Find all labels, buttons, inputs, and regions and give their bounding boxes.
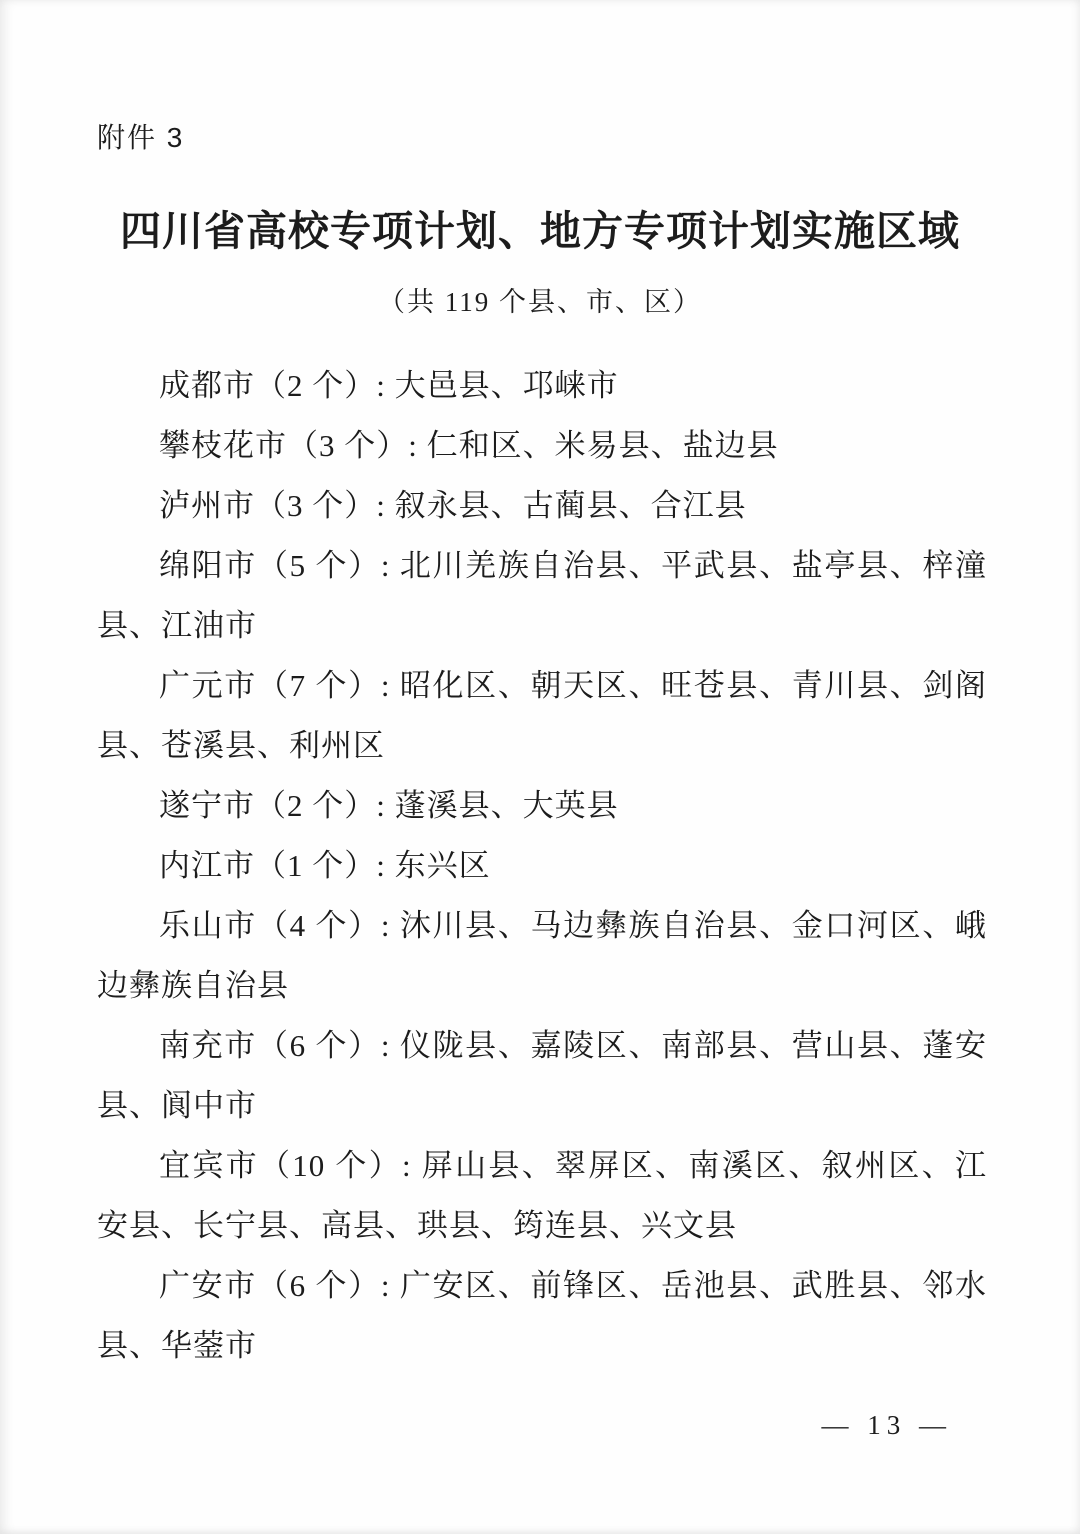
region-city: 内江市 [159, 848, 255, 883]
region-count: （1 个）: [255, 848, 395, 883]
region-city: 绵阳市 [159, 548, 257, 583]
region-count: （3 个）: [255, 488, 395, 523]
region-list: 成都市（2 个）: 大邑县、邛崃市 攀枝花市（3 个）: 仁和区、米易县、盐边县… [97, 356, 987, 1376]
region-paragraph: 成都市（2 个）: 大邑县、邛崃市 [97, 356, 987, 416]
region-city: 成都市 [159, 368, 255, 403]
region-paragraph: 泸州市（3 个）: 叙永县、古蔺县、合江县 [97, 476, 987, 536]
region-city: 攀枝花市 [159, 428, 287, 463]
region-city: 遂宁市 [159, 788, 255, 823]
doc-title: 四川省高校专项计划、地方专项计划实施区域 [0, 198, 1080, 257]
region-paragraph: 遂宁市（2 个）: 蓬溪县、大英县 [97, 776, 987, 836]
region-count: （2 个）: [255, 368, 395, 403]
region-paragraph: 绵阳市（5 个）: 北川羌族自治县、平武县、盐亭县、梓潼县、江油市 [97, 536, 987, 656]
region-city: 泸州市 [159, 488, 255, 523]
region-count: （4 个）: [257, 908, 400, 943]
region-count: （10 个）: [259, 1148, 422, 1183]
region-areas: 仁和区、米易县、盐边县 [427, 428, 779, 463]
document-page: 附件 3 四川省高校专项计划、地方专项计划实施区域 （共 119 个县、市、区）… [0, 0, 1080, 1534]
region-city: 宜宾市 [159, 1148, 259, 1183]
region-city: 广元市 [159, 668, 257, 703]
page-number: — 13 — [822, 1410, 953, 1441]
region-paragraph: 攀枝花市（3 个）: 仁和区、米易县、盐边县 [97, 416, 987, 476]
region-city: 乐山市 [159, 908, 257, 943]
region-count: （6 个）: [257, 1268, 400, 1303]
region-count: （7 个）: [257, 668, 400, 703]
region-count: （6 个）: [257, 1028, 400, 1063]
region-areas: 大邑县、邛崃市 [395, 368, 619, 403]
doc-subtitle: （共 119 个县、市、区） [0, 280, 1080, 319]
region-areas: 蓬溪县、大英县 [395, 788, 619, 823]
attachment-label: 附件 3 [97, 116, 184, 156]
region-count: （5 个）: [257, 548, 400, 583]
region-city: 南充市 [159, 1028, 257, 1063]
region-paragraph: 南充市（6 个）: 仪陇县、嘉陵区、南部县、营山县、蓬安县、阆中市 [97, 1016, 987, 1136]
region-city: 广安市 [159, 1268, 257, 1303]
region-count: （2 个）: [255, 788, 395, 823]
region-paragraph: 广安市（6 个）: 广安区、前锋区、岳池县、武胜县、邻水县、华蓥市 [97, 1256, 987, 1376]
region-paragraph: 宜宾市（10 个）: 屏山县、翠屏区、南溪区、叙州区、江安县、长宁县、高县、珙县… [97, 1136, 987, 1256]
region-areas: 东兴区 [395, 848, 491, 883]
region-paragraph: 乐山市（4 个）: 沐川县、马边彝族自治县、金口河区、峨边彝族自治县 [97, 896, 987, 1016]
region-paragraph: 内江市（1 个）: 东兴区 [97, 836, 987, 896]
region-count: （3 个）: [287, 428, 427, 463]
region-areas: 叙永县、古蔺县、合江县 [395, 488, 747, 523]
region-paragraph: 广元市（7 个）: 昭化区、朝天区、旺苍县、青川县、剑阁县、苍溪县、利州区 [97, 656, 987, 776]
